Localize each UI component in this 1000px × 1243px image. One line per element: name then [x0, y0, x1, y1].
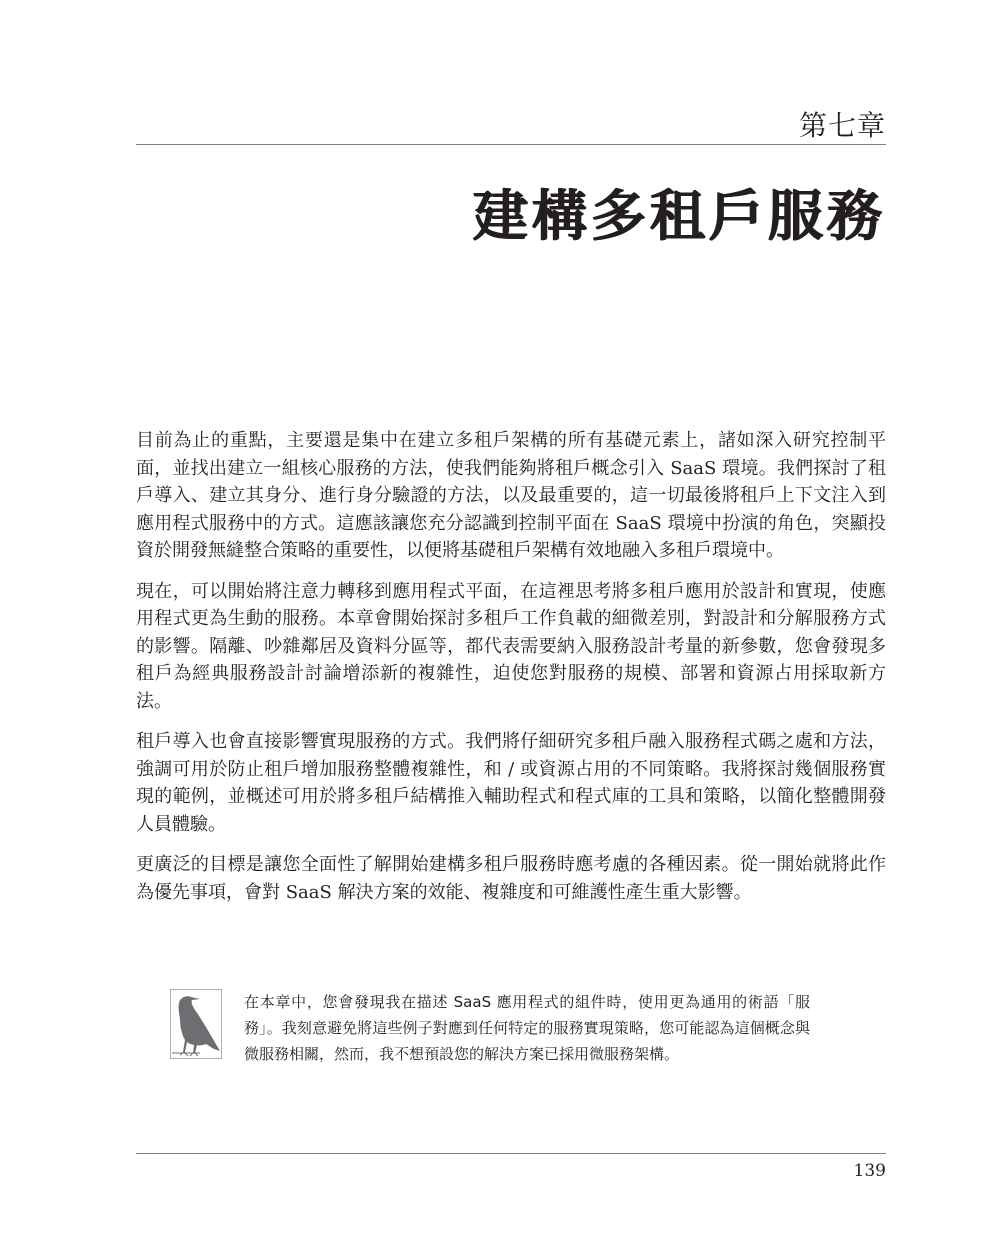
book-page: 第七章 建構多租戶服務 目前為止的重點，主要還是集中在建立多租戶架構的所有基礎元…: [0, 0, 1000, 1243]
paragraph: 更廣泛的目標是讓您全面性了解開始建構多租戶服務時應考慮的各種因素。從一開始就將此…: [136, 851, 886, 906]
note-callout: 在本章中，您會發現我在描述 SaaS 應用程式的組件時，使用更為通用的術語「服務…: [170, 989, 820, 1067]
paragraph: 目前為止的重點，主要還是集中在建立多租戶架構的所有基礎元素上，諸如深入研究控制平…: [136, 427, 886, 565]
note-text: 在本章中，您會發現我在描述 SaaS 應用程式的組件時，使用更為通用的術語「服務…: [244, 989, 810, 1067]
body-text: 目前為止的重點，主要還是集中在建立多租戶架構的所有基礎元素上，諸如深入研究控制平…: [136, 427, 886, 919]
header-divider: [136, 144, 886, 145]
paragraph: 租戶導入也會直接影響實現服務的方式。我們將仔細研究多租戶融入服務程式碼之處和方法…: [136, 728, 886, 838]
chapter-title: 建構多租戶服務: [473, 172, 886, 251]
crow-note-icon: [170, 989, 222, 1059]
paragraph: 現在，可以開始將注意力轉移到應用程式平面，在這裡思考將多租戶應用於設計和實現，使…: [136, 578, 886, 716]
chapter-label: 第七章: [799, 104, 886, 144]
footer-divider: [136, 1153, 886, 1154]
page-number: 139: [854, 1161, 886, 1181]
